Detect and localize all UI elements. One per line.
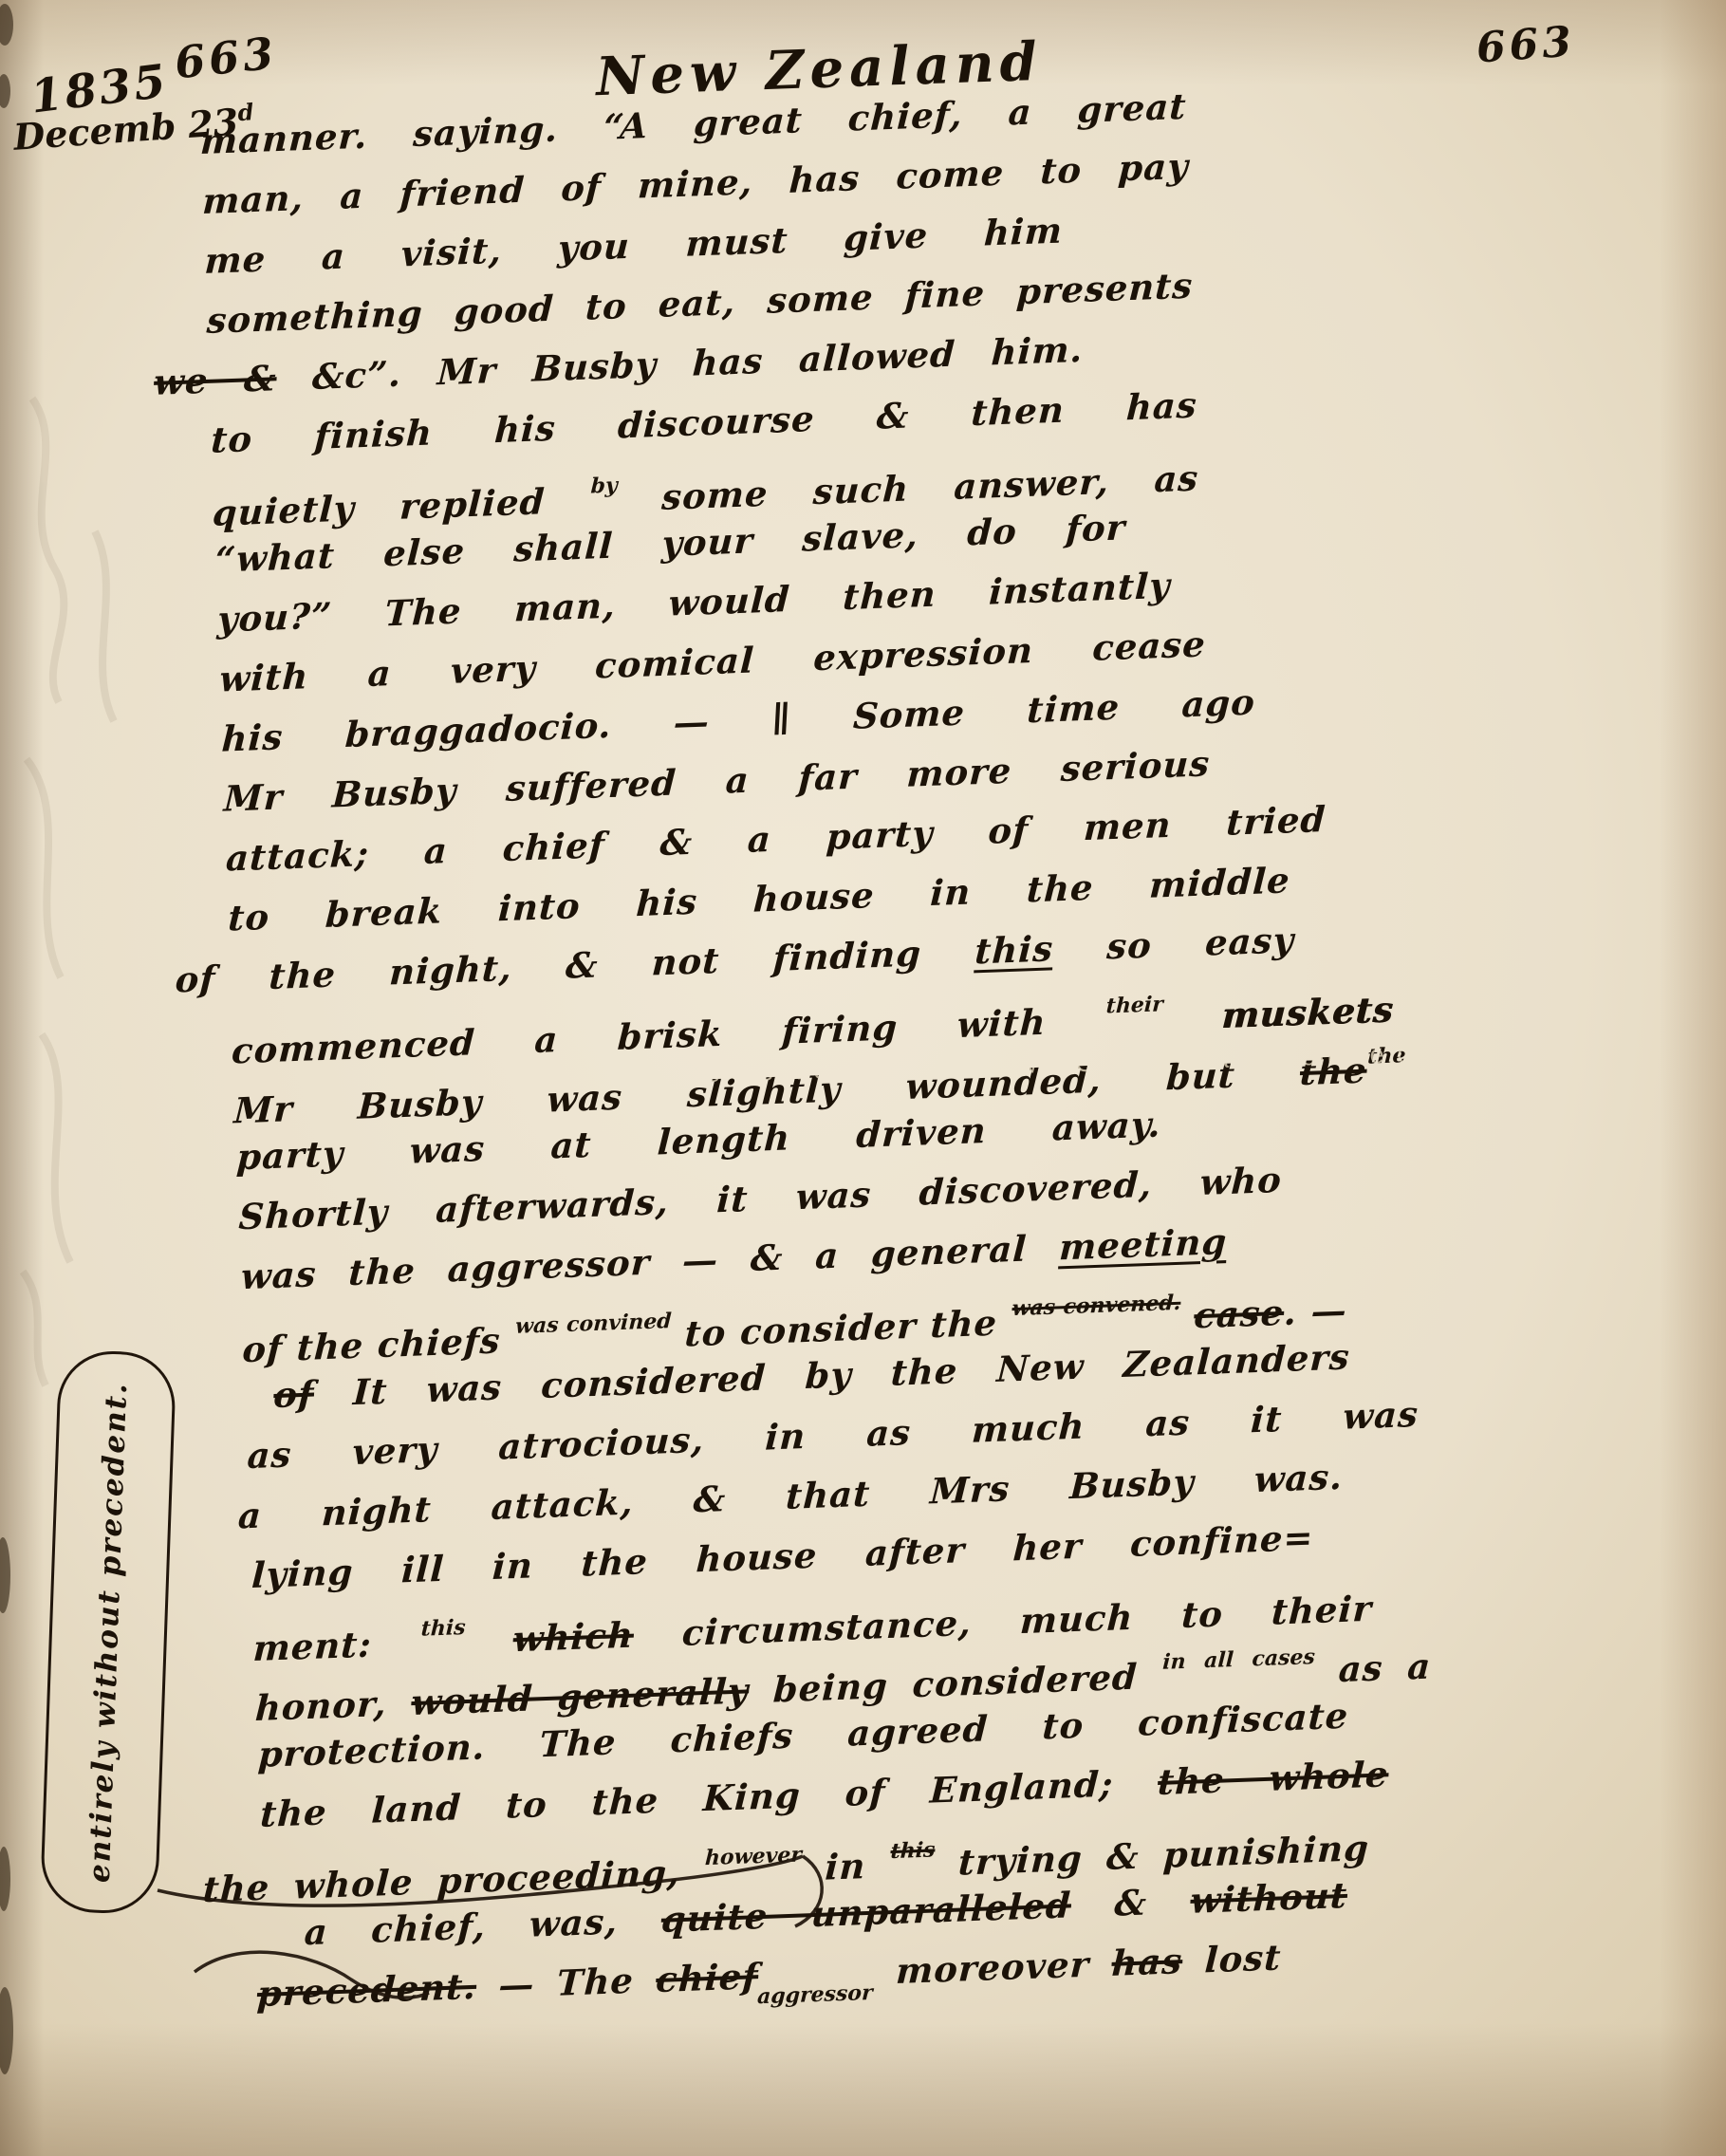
bleed-through-ghost-writing <box>23 399 114 1385</box>
photo-edge-smudges <box>0 4 13 2074</box>
folio-number-left: 663 <box>172 28 279 89</box>
margin-note-text: entirely without precedent. <box>83 1382 134 1884</box>
margin-note-circle: entirely without precedent. <box>40 1349 177 1915</box>
manuscript-body: manner. saying. “A great chief, a greatm… <box>199 70 1443 2024</box>
folio-number-right: 663 <box>1475 17 1576 72</box>
manuscript-photo: 663 663 1835 Decemb 23d New Zealand mann… <box>0 0 1726 2156</box>
